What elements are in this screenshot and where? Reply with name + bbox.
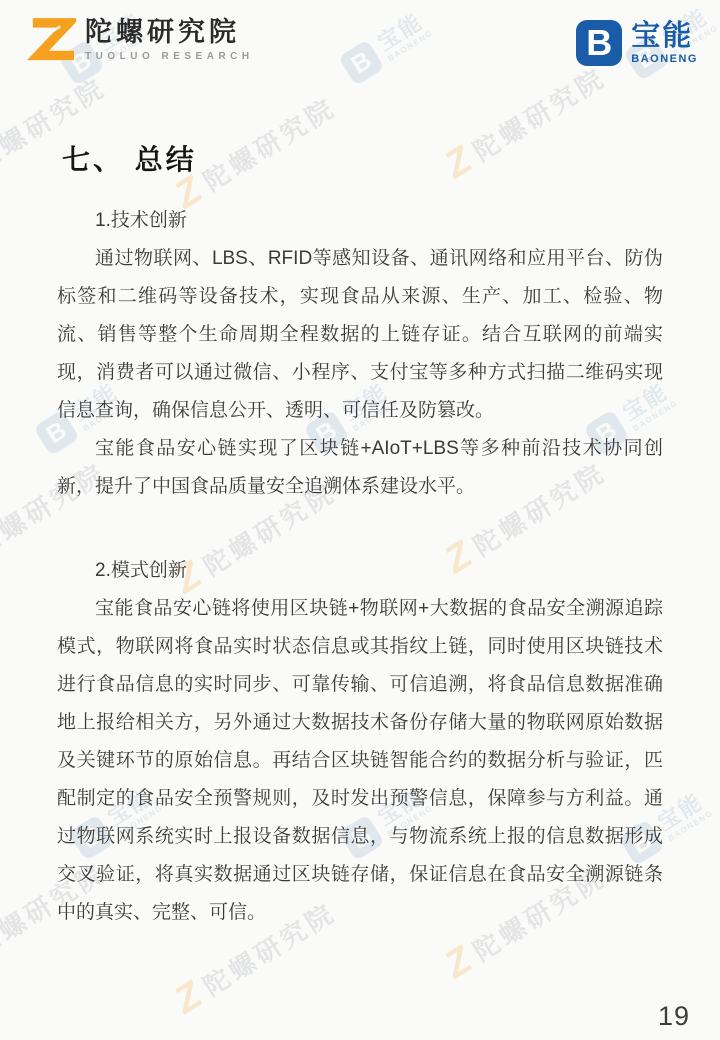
page-header: 陀螺研究院 TUOLUO RESEARCH B 宝能 BAONENG — [0, 0, 720, 66]
paragraph: 通过物联网、LBS、RFID等感知设备、通讯网络和应用平台、防伪标签和二维码等设… — [57, 240, 663, 430]
document-body: 七、 总结 1.技术创新 通过物联网、LBS、RFID等感知设备、通讯网络和应用… — [0, 138, 720, 932]
baoneng-logo: B 宝能 BAONENG — [576, 20, 698, 66]
tuoluo-name-en: TUOLUO RESEARCH — [85, 51, 254, 62]
section-technical-innovation: 1.技术创新 通过物联网、LBS、RFID等感知设备、通讯网络和应用平台、防伪标… — [57, 202, 663, 506]
section-heading: 1.技术创新 — [57, 202, 663, 240]
baoneng-name-cn: 宝能 — [631, 22, 698, 51]
tuoluo-name-cn: 陀螺研究院 — [85, 18, 254, 48]
section-heading: 2.模式创新 — [57, 552, 663, 590]
tuoluo-logo-text: 陀螺研究院 TUOLUO RESEARCH — [85, 18, 254, 62]
section-model-innovation: 2.模式创新 宝能食品安心链将使用区块链+物联网+大数据的食品安全溯源追踪模式，… — [57, 552, 663, 932]
tuoluo-research-logo: 陀螺研究院 TUOLUO RESEARCH — [24, 16, 254, 64]
page-title: 七、 总结 — [62, 138, 663, 178]
paragraph: 宝能食品安心链将使用区块链+物联网+大数据的食品安全溯源追踪模式，物联网将食品实… — [57, 590, 663, 932]
document-page: Z陀螺研究院Z陀螺研究院Z陀螺研究院Z陀螺研究院Z陀螺研究院Z陀螺研究院Z陀螺研… — [0, 0, 720, 1040]
tuoluo-z-icon — [24, 16, 76, 64]
paragraph: 宝能食品安心链实现了区块链+AIoT+LBS等多种前沿技术协同创新，提升了中国食… — [57, 430, 663, 506]
baoneng-b-icon: B — [576, 20, 622, 66]
baoneng-name-en: BAONENG — [631, 54, 698, 65]
baoneng-logo-text: 宝能 BAONENG — [631, 22, 698, 65]
page-number: 19 — [658, 1001, 690, 1032]
